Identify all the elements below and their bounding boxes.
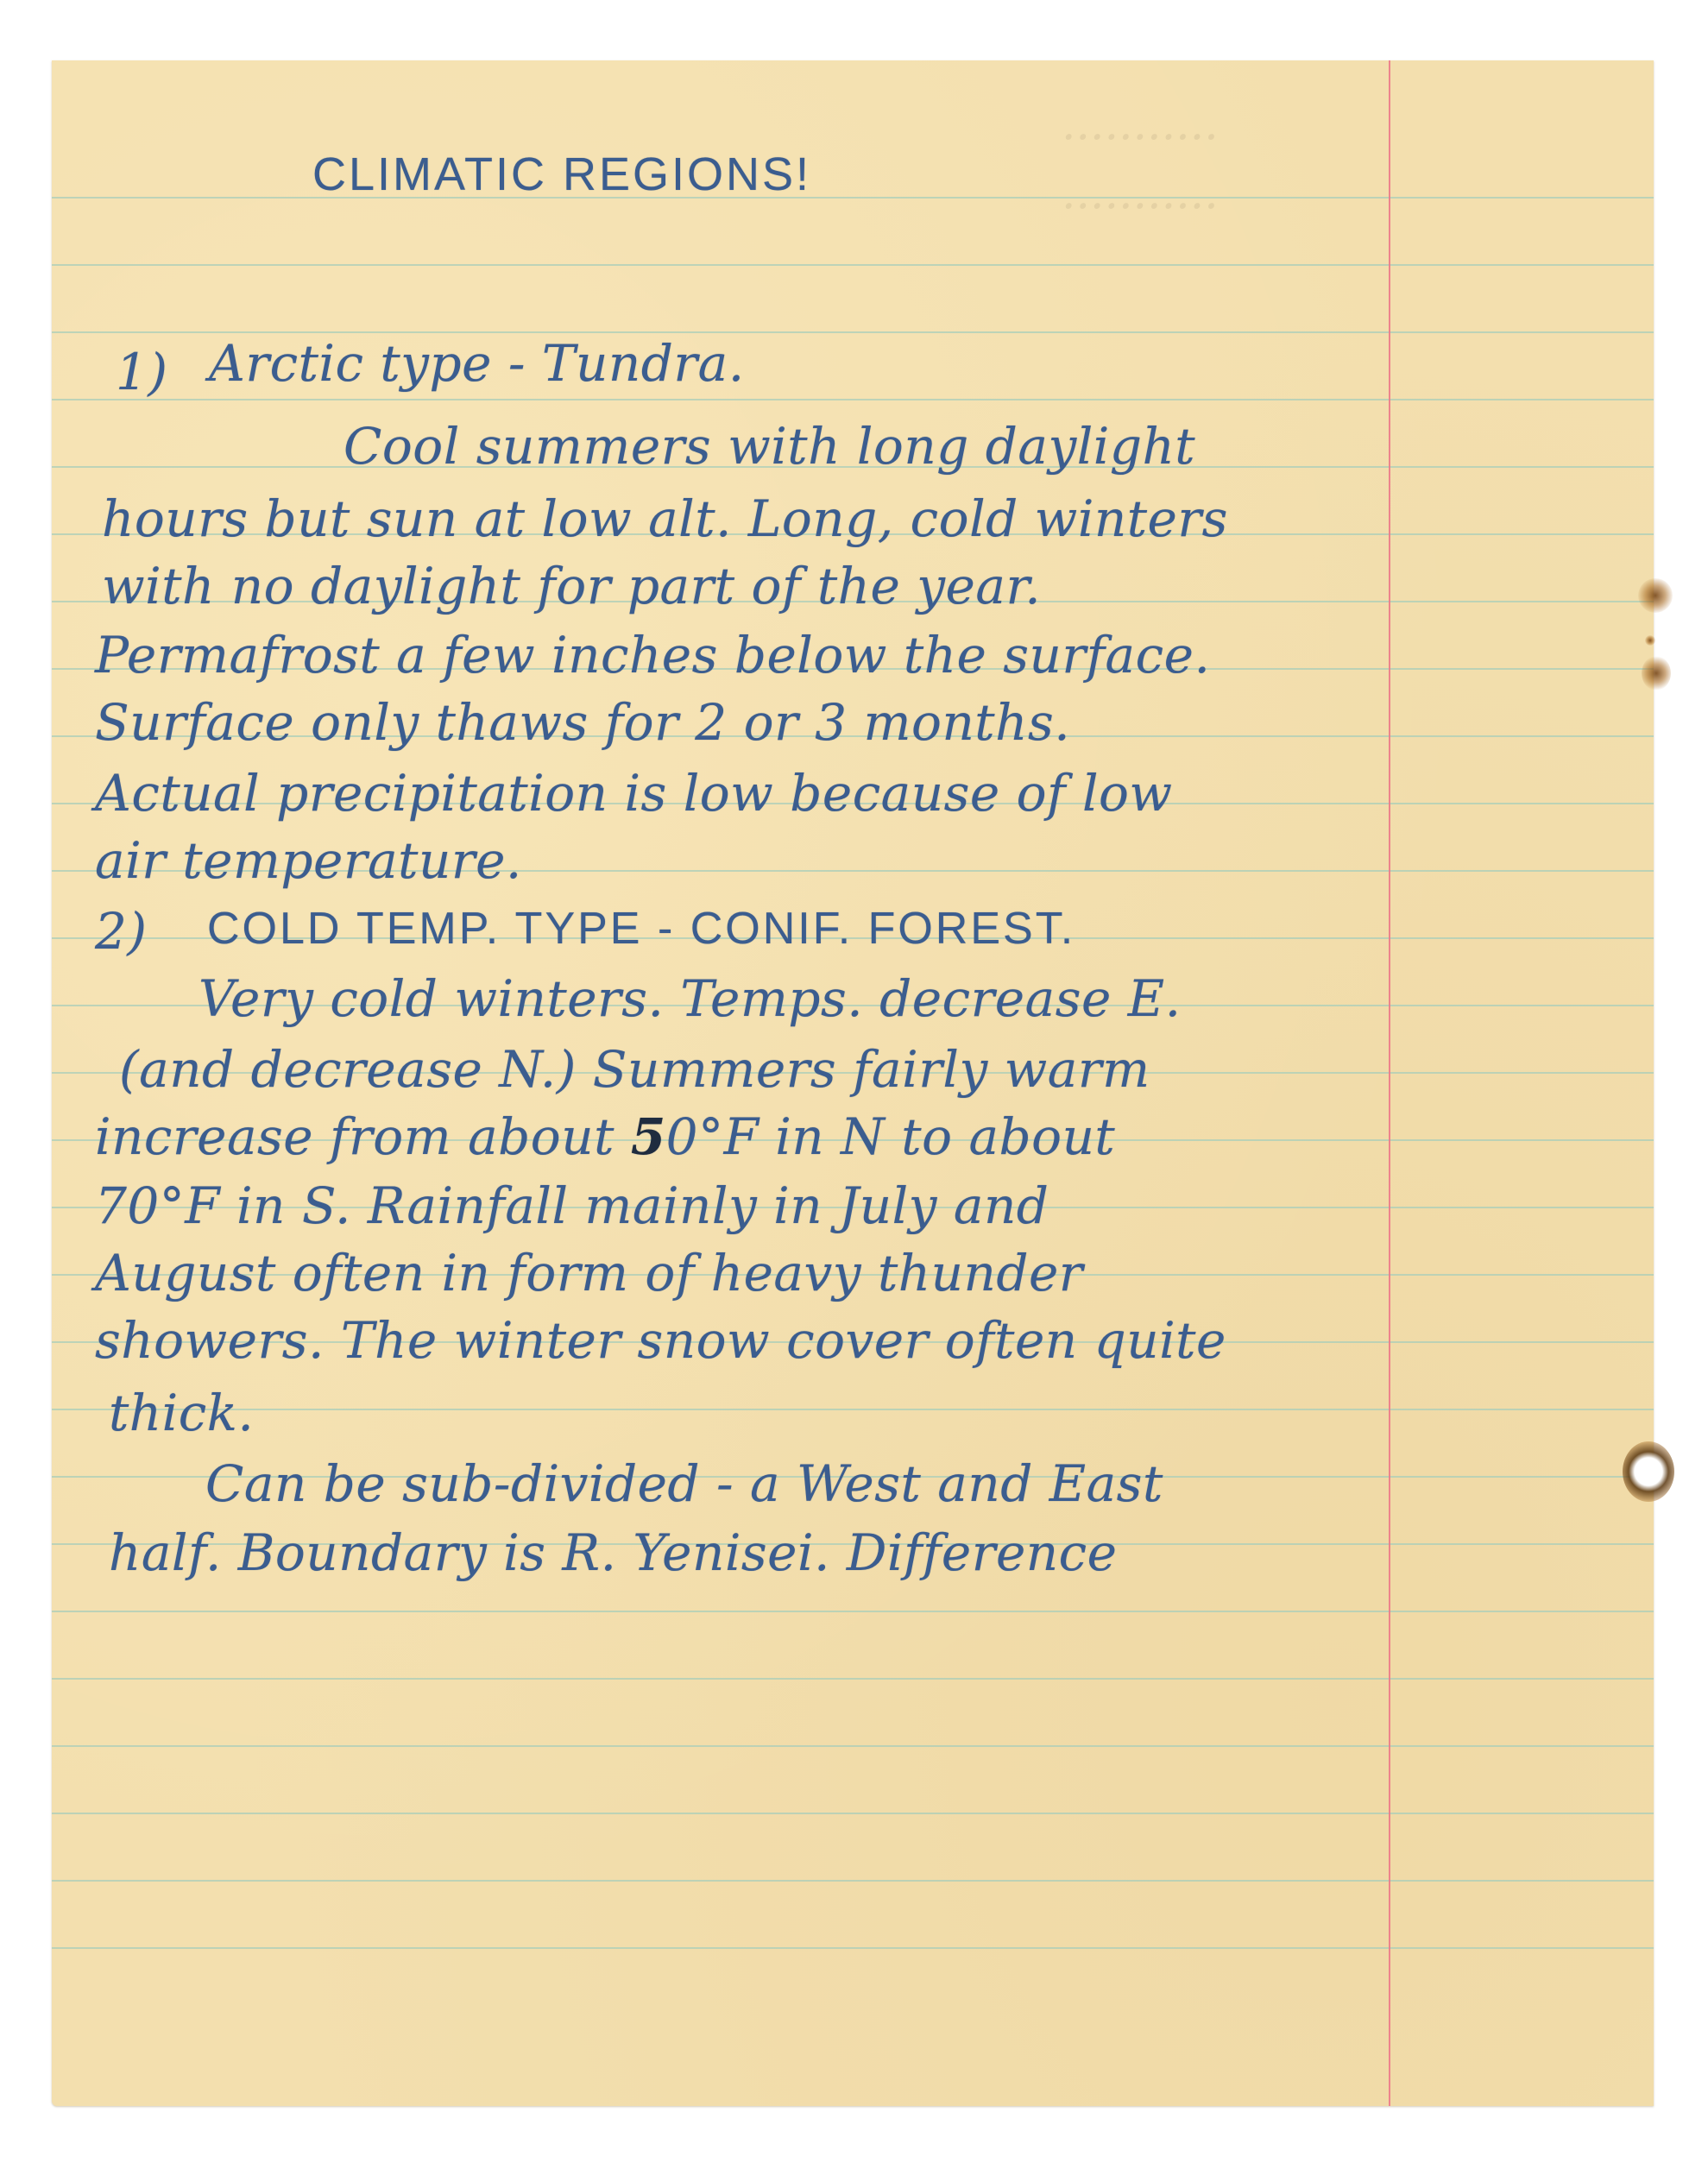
margin-line — [1389, 60, 1390, 2106]
ruled-line — [52, 1611, 1654, 1612]
text-line: half. Boundary is R. Yenisei. Difference — [109, 1528, 1117, 1578]
bleed-through-text: ··········· — [1062, 112, 1219, 164]
ruled-line — [52, 1947, 1654, 1949]
burn-hole — [1623, 1441, 1674, 1502]
ruled-line — [52, 1678, 1654, 1680]
ruled-line — [52, 1880, 1654, 1882]
text-line: Very cold winters. Temps. decrease E. — [199, 974, 1182, 1024]
text-line: Actual precipitation is low because of l… — [95, 768, 1173, 818]
ruled-line — [52, 399, 1654, 400]
section-number: 2) — [95, 906, 148, 956]
ruled-line — [52, 1409, 1654, 1410]
ruled-line — [52, 197, 1654, 199]
page-title: CLIMATIC REGIONS! — [312, 151, 811, 198]
text-line: air temperature. — [95, 835, 522, 886]
text-line: with no daylight for part of the year. — [102, 561, 1041, 611]
text-segment: increase from about — [95, 1107, 631, 1166]
text-line: showers. The winter snow cover often qui… — [95, 1315, 1226, 1365]
text-line: thick. — [109, 1388, 254, 1438]
notebook-page: ··········· ··········· CLIMATIC REGIONS… — [52, 60, 1654, 2106]
rust-stain — [1645, 635, 1655, 646]
section-number: 1) — [116, 347, 168, 397]
section-heading: Arctic type - Tundra. — [209, 338, 745, 388]
text-line: August often in form of heavy thunder — [95, 1248, 1083, 1298]
text-line: 70°F in S. Rainfall mainly in July and — [95, 1181, 1049, 1231]
text-line: Permafrost a few inches below the surfac… — [95, 630, 1210, 680]
text-line: (and decrease N.) Summers fairly warm — [119, 1044, 1150, 1094]
text-line: increase from about 50°F in N to about — [95, 1112, 1115, 1162]
text-line: Can be sub-divided - a West and East — [205, 1459, 1163, 1509]
ruled-line — [52, 331, 1654, 333]
text-segment: 0°F in N to about — [666, 1107, 1116, 1166]
rust-stain — [1638, 578, 1673, 613]
ruled-line — [52, 1745, 1654, 1747]
ruled-line — [52, 1813, 1654, 1814]
section-heading: COLD TEMP. TYPE - CONIF. FOREST. — [207, 906, 1075, 951]
text-line: Surface only thaws for 2 or 3 months. — [95, 697, 1070, 747]
corrected-digit: 5 — [631, 1107, 666, 1166]
bleed-through-text: ··········· — [1062, 181, 1219, 233]
text-line: Cool summers with long daylight — [343, 421, 1195, 471]
ruled-line — [52, 264, 1654, 266]
rust-stain — [1642, 656, 1671, 690]
text-line: hours but sun at low alt. Long, cold win… — [102, 494, 1228, 544]
